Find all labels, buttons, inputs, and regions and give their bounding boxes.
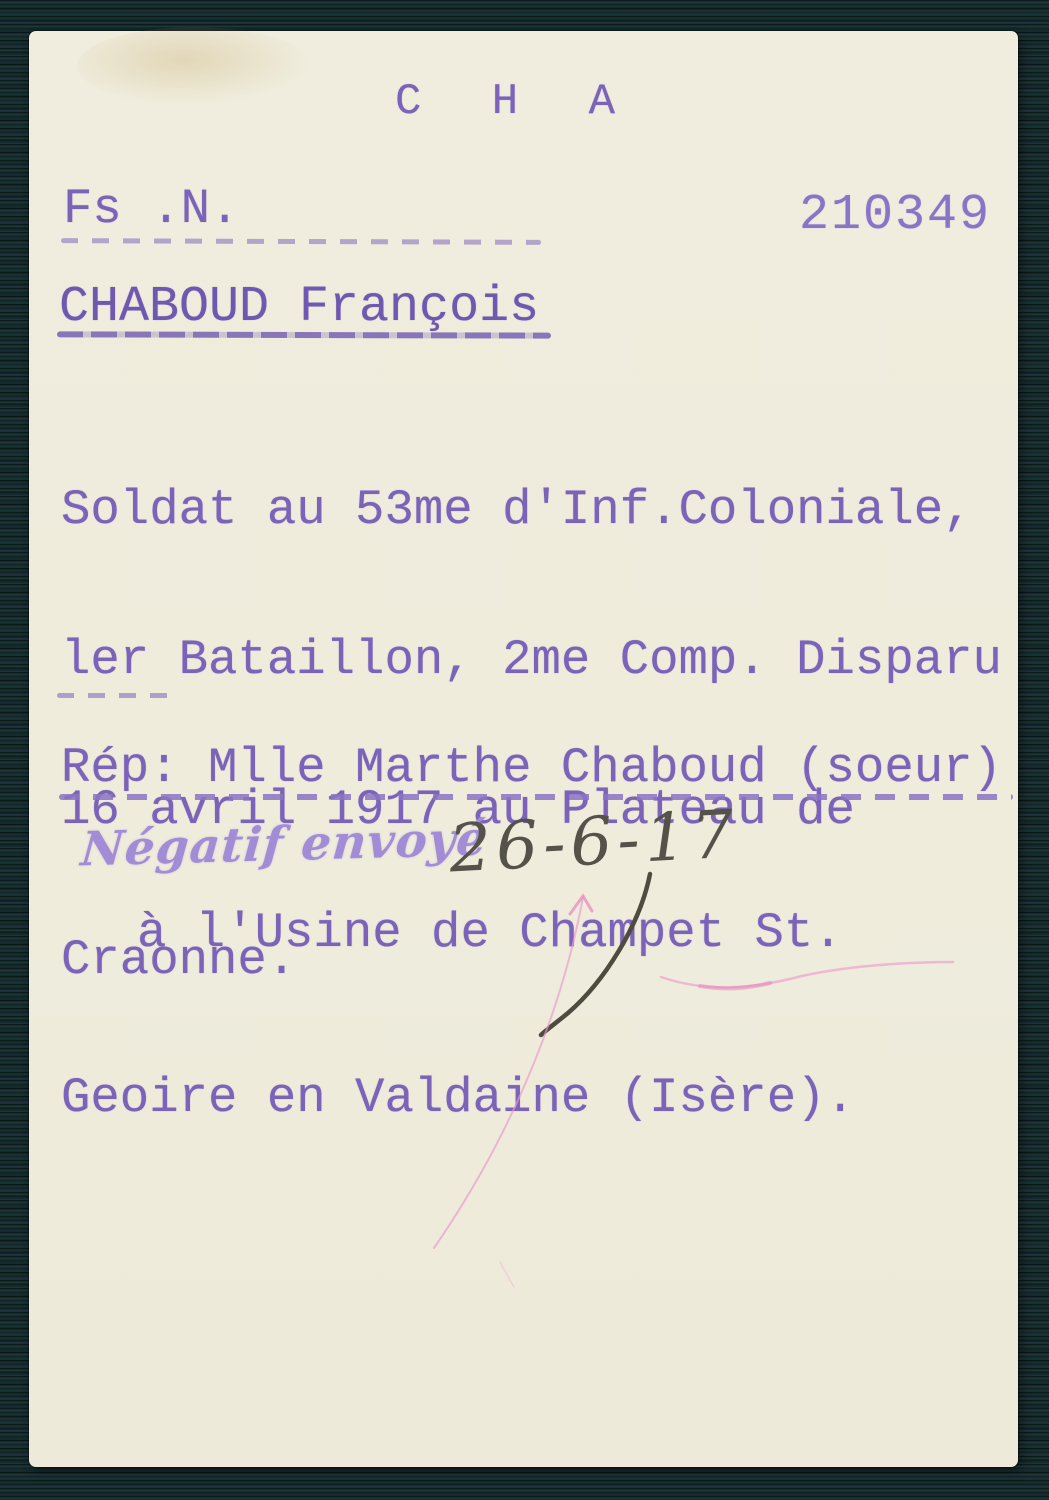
pink-horizontal-mark xyxy=(661,962,953,987)
pen-stroke-tail xyxy=(541,874,650,1035)
pink-horizontal-emphasis xyxy=(700,983,770,988)
pink-faint-lower-mark xyxy=(500,1262,514,1287)
scanned-document: { "card": { "header_letters": "C H A", "… xyxy=(0,0,1049,1500)
pink-diagonal-mark xyxy=(434,897,583,1248)
pen-and-pencil-marks xyxy=(0,0,1049,1500)
